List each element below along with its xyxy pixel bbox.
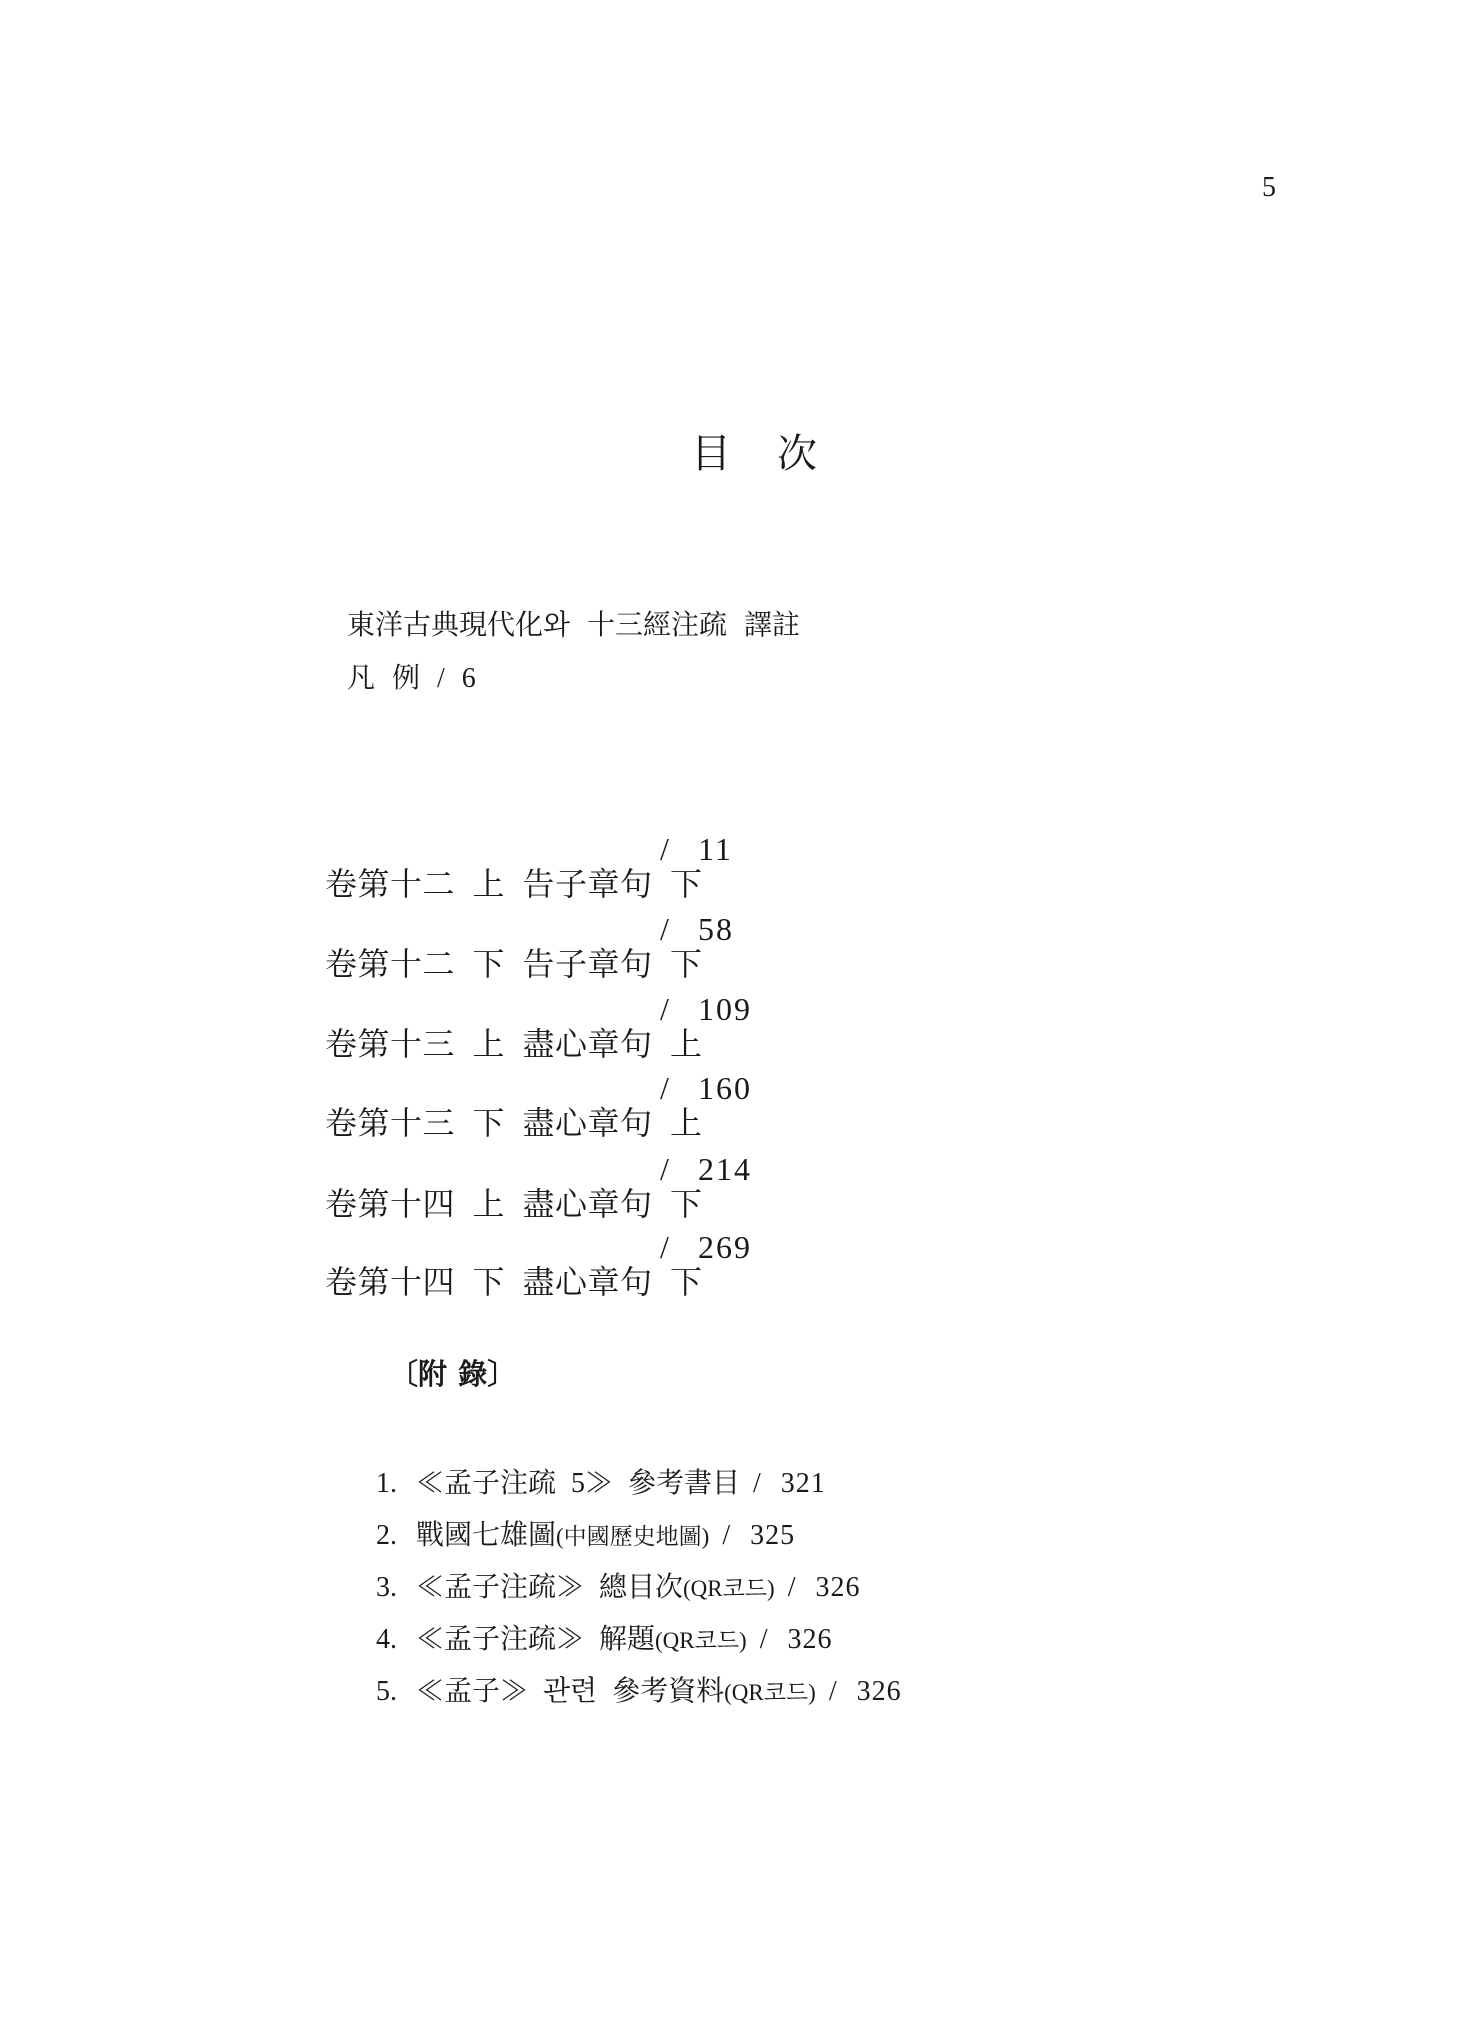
legend-line: 凡 例 / 6 xyxy=(347,663,476,695)
appendix-item-paren: (QR코드) xyxy=(724,1680,816,1705)
page-number: 5 xyxy=(1262,172,1276,204)
chapter-title: 卷第十四 下 盡心章句 下 xyxy=(325,1264,703,1300)
appendix-separator: / xyxy=(829,1676,837,1707)
chapter-separator: / xyxy=(660,1230,669,1265)
chapter-page: 269 xyxy=(698,1230,752,1265)
chapter-page: 214 xyxy=(698,1152,752,1187)
chapter-separator: / xyxy=(660,912,669,947)
chapter-title: 卷第十二 下 告子章句 下 xyxy=(325,946,703,982)
chapter-page: 11 xyxy=(698,832,733,867)
chapter-separator: / xyxy=(660,832,669,867)
toc-page: 5 目 次 東洋古典現代化와 十三經注疏 譯註 凡 例 / 6 卷第十二 上 告… xyxy=(0,0,1480,2024)
chapter-page: 160 xyxy=(698,1071,752,1106)
chapter-title: 卷第十四 上 盡心章句 下 xyxy=(325,1186,703,1222)
chapter-title: 卷第十二 上 告子章句 下 xyxy=(325,866,703,902)
chapter-title: 卷第十三 上 盡心章句 上 xyxy=(325,1026,703,1062)
chapter-separator: / xyxy=(660,992,669,1027)
chapter-separator: / xyxy=(660,1152,669,1187)
chapter-title: 卷第十三 下 盡心章句 上 xyxy=(325,1105,703,1141)
appendix-heading: 〔附 錄〕 xyxy=(389,1359,516,1392)
series-title-line: 東洋古典現代化와 十三經注疏 譯註 xyxy=(347,610,800,642)
page-title: 目 次 xyxy=(691,431,820,477)
chapter-page: 109 xyxy=(698,992,752,1027)
appendix-page: 326 xyxy=(857,1676,902,1707)
chapter-page: 58 xyxy=(698,912,734,947)
appendix-item-number: 5. xyxy=(376,1676,416,1708)
appendix-item: 5.≪孟子≫ 관련 參考資料(QR코드)/326 xyxy=(348,1644,902,1741)
chapter-separator: / xyxy=(660,1071,669,1106)
appendix-item-text: ≪孟子≫ 관련 參考資料 xyxy=(416,1676,724,1707)
